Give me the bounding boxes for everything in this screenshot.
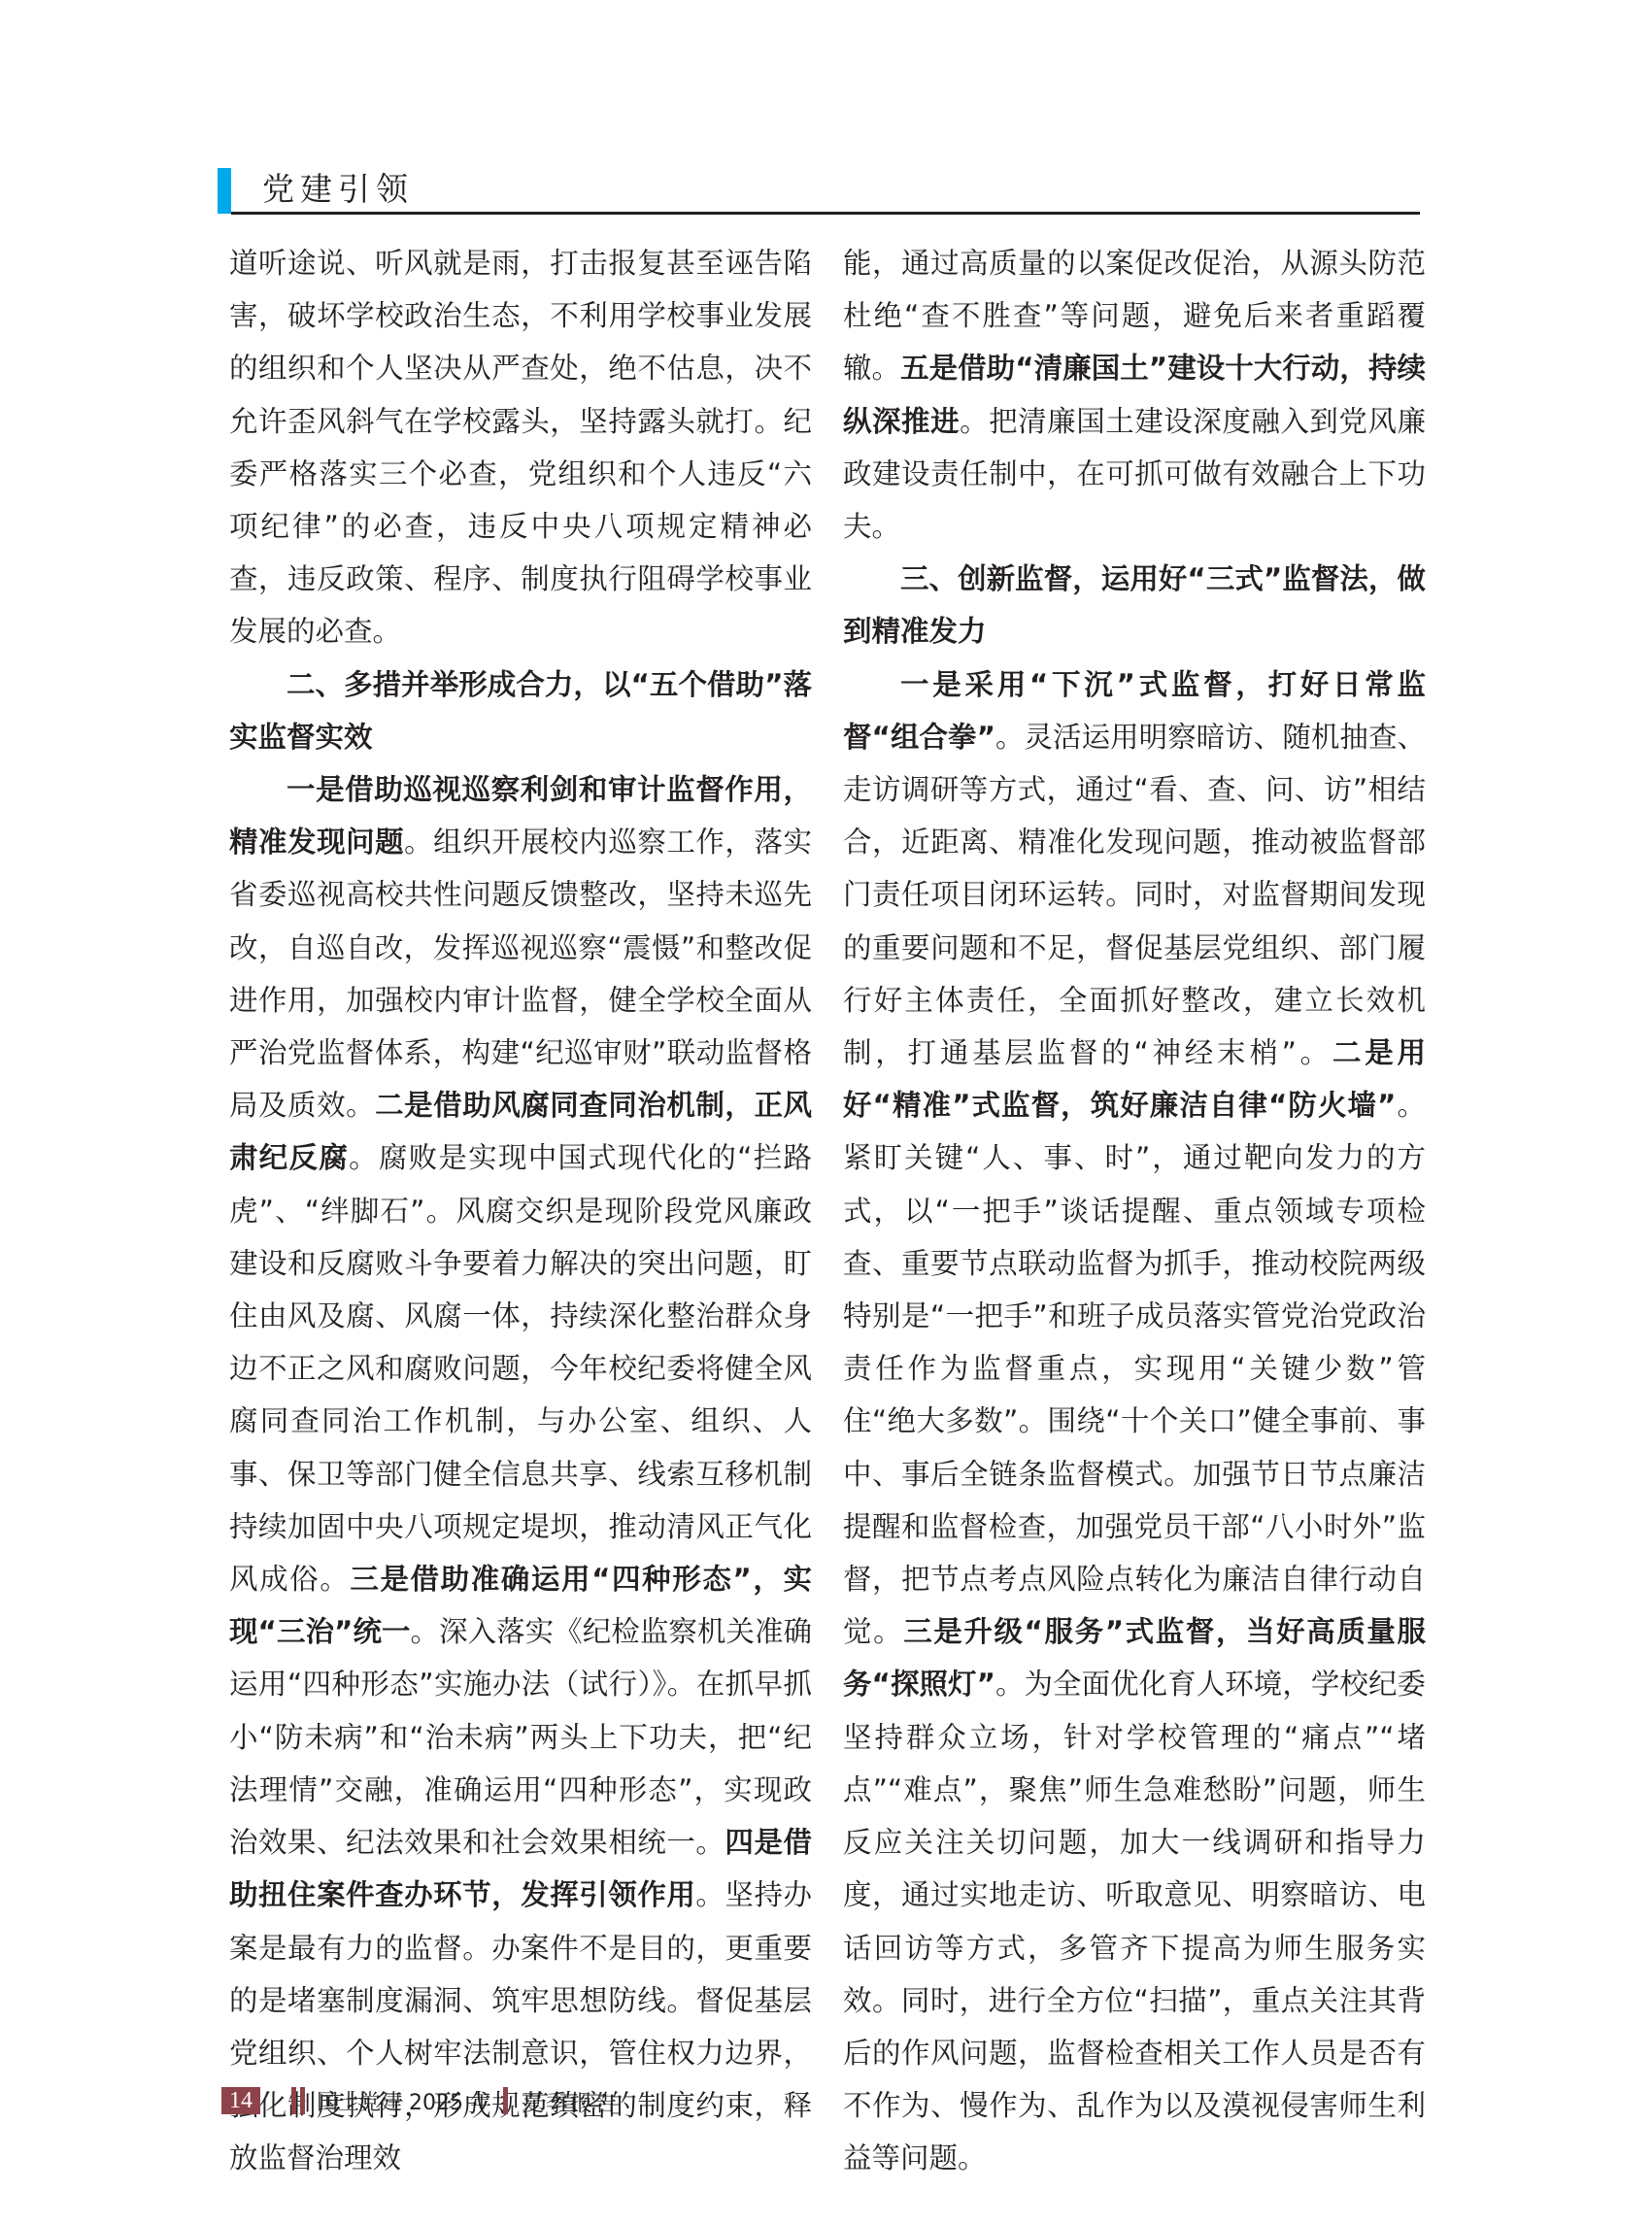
body-text: 。紧盯关键“人、事、时”，通过靶向发力的方式，以“一把手”谈话提醒、重点领域专项… — [843, 1089, 1426, 1648]
page-number: 14 — [221, 2087, 260, 2114]
page-footer: 14 国土党建 2025 年 夏季报告 — [221, 2086, 619, 2115]
publication-name: 国土党建 2025 年 — [317, 2086, 491, 2116]
body-text: 。腐败是实现中国式现代化的“拦路虎”、“绊脚石”。风腐交织是现阶段党风廉政建设和… — [229, 1141, 812, 1596]
footer-separator — [503, 2087, 508, 2114]
body-text: 。为全面优化育人环境，学校纪委坚持群众立场，针对学校管理的“痛点”“堵点”“难点… — [843, 1668, 1426, 2174]
section-heading-3: 三、创新监督，运用好“三式”监督法，做到精准发力 — [843, 553, 1426, 657]
paragraph: 道听途说、听风就是雨，打击报复甚至诬告陷害，破坏学校政治生态，不利用学校事业发展… — [229, 237, 812, 658]
section-title: 党建引领 — [262, 170, 414, 209]
body-text: 。灵活运用明察暗访、随机抽查、走访调研等方式，通过“看、查、问、访”相结合，近距… — [843, 721, 1426, 1069]
issue-name: 夏季报告 — [522, 2085, 619, 2117]
left-column: 道听途说、听风就是雨，打击报复甚至诬告陷害，破坏学校政治生态，不利用学校事业发展… — [229, 237, 812, 2185]
paragraph: 一是借助巡视巡察利剑和审计监督作用，精准发现问题。组织开展校内巡察工作，落实省委… — [229, 763, 812, 2184]
section-heading-2: 二、多措并举形成合力，以“五个借助”落实监督实效 — [229, 658, 812, 763]
paragraph: 一是采用“下沉”式监督，打好日常监督“组合拳”。灵活运用明察暗访、随机抽查、走访… — [843, 658, 1426, 2185]
header-rule — [231, 212, 1420, 215]
body-text: 。坚持办案是最有力的监督。办案件不是目的，更重要的是堵塞制度漏洞、筑牢思想防线。… — [229, 1878, 812, 2174]
section-header: 党建引领 — [218, 168, 1420, 215]
section-accent-bar — [218, 168, 231, 214]
footer-double-bar-icon — [291, 2087, 305, 2114]
paragraph: 能，通过高质量的以案促改促治，从源头防范杜绝“查不胜查”等问题，避免后来者重蹈覆… — [843, 237, 1426, 553]
body-text: 。深入落实《纪检监察机关准确运用“四种形态”实施办法（试行）》。在抓早抓小“防未… — [229, 1615, 812, 1859]
body-text: 。组织开展校内巡察工作，落实省委巡视高校共性问题反馈整改，坚持未巡先改，自巡自改… — [229, 826, 812, 1122]
right-column: 能，通过高质量的以案促改促治，从源头防范杜绝“查不胜查”等问题，避免后来者重蹈覆… — [843, 237, 1426, 2185]
